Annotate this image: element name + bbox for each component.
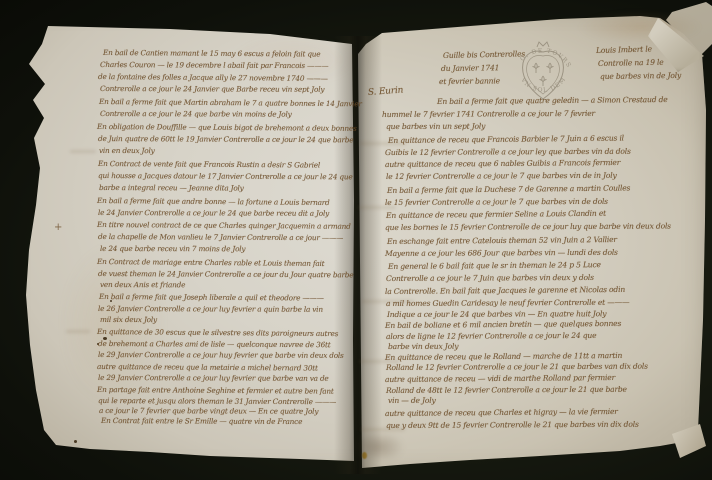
marginal-plus-mark: + — [54, 222, 62, 233]
ink-speck — [74, 440, 77, 443]
photograph-background: G. DE TOVRS VN SOL DEM En bail de Cantie… — [0, 0, 712, 480]
ink-speck — [110, 300, 112, 302]
ink-speck — [103, 337, 107, 340]
ink-speck — [97, 343, 99, 345]
wax-speck — [362, 452, 367, 459]
tax-stamp-icon: G. DE TOVRS VN SOL DEM — [506, 36, 580, 116]
